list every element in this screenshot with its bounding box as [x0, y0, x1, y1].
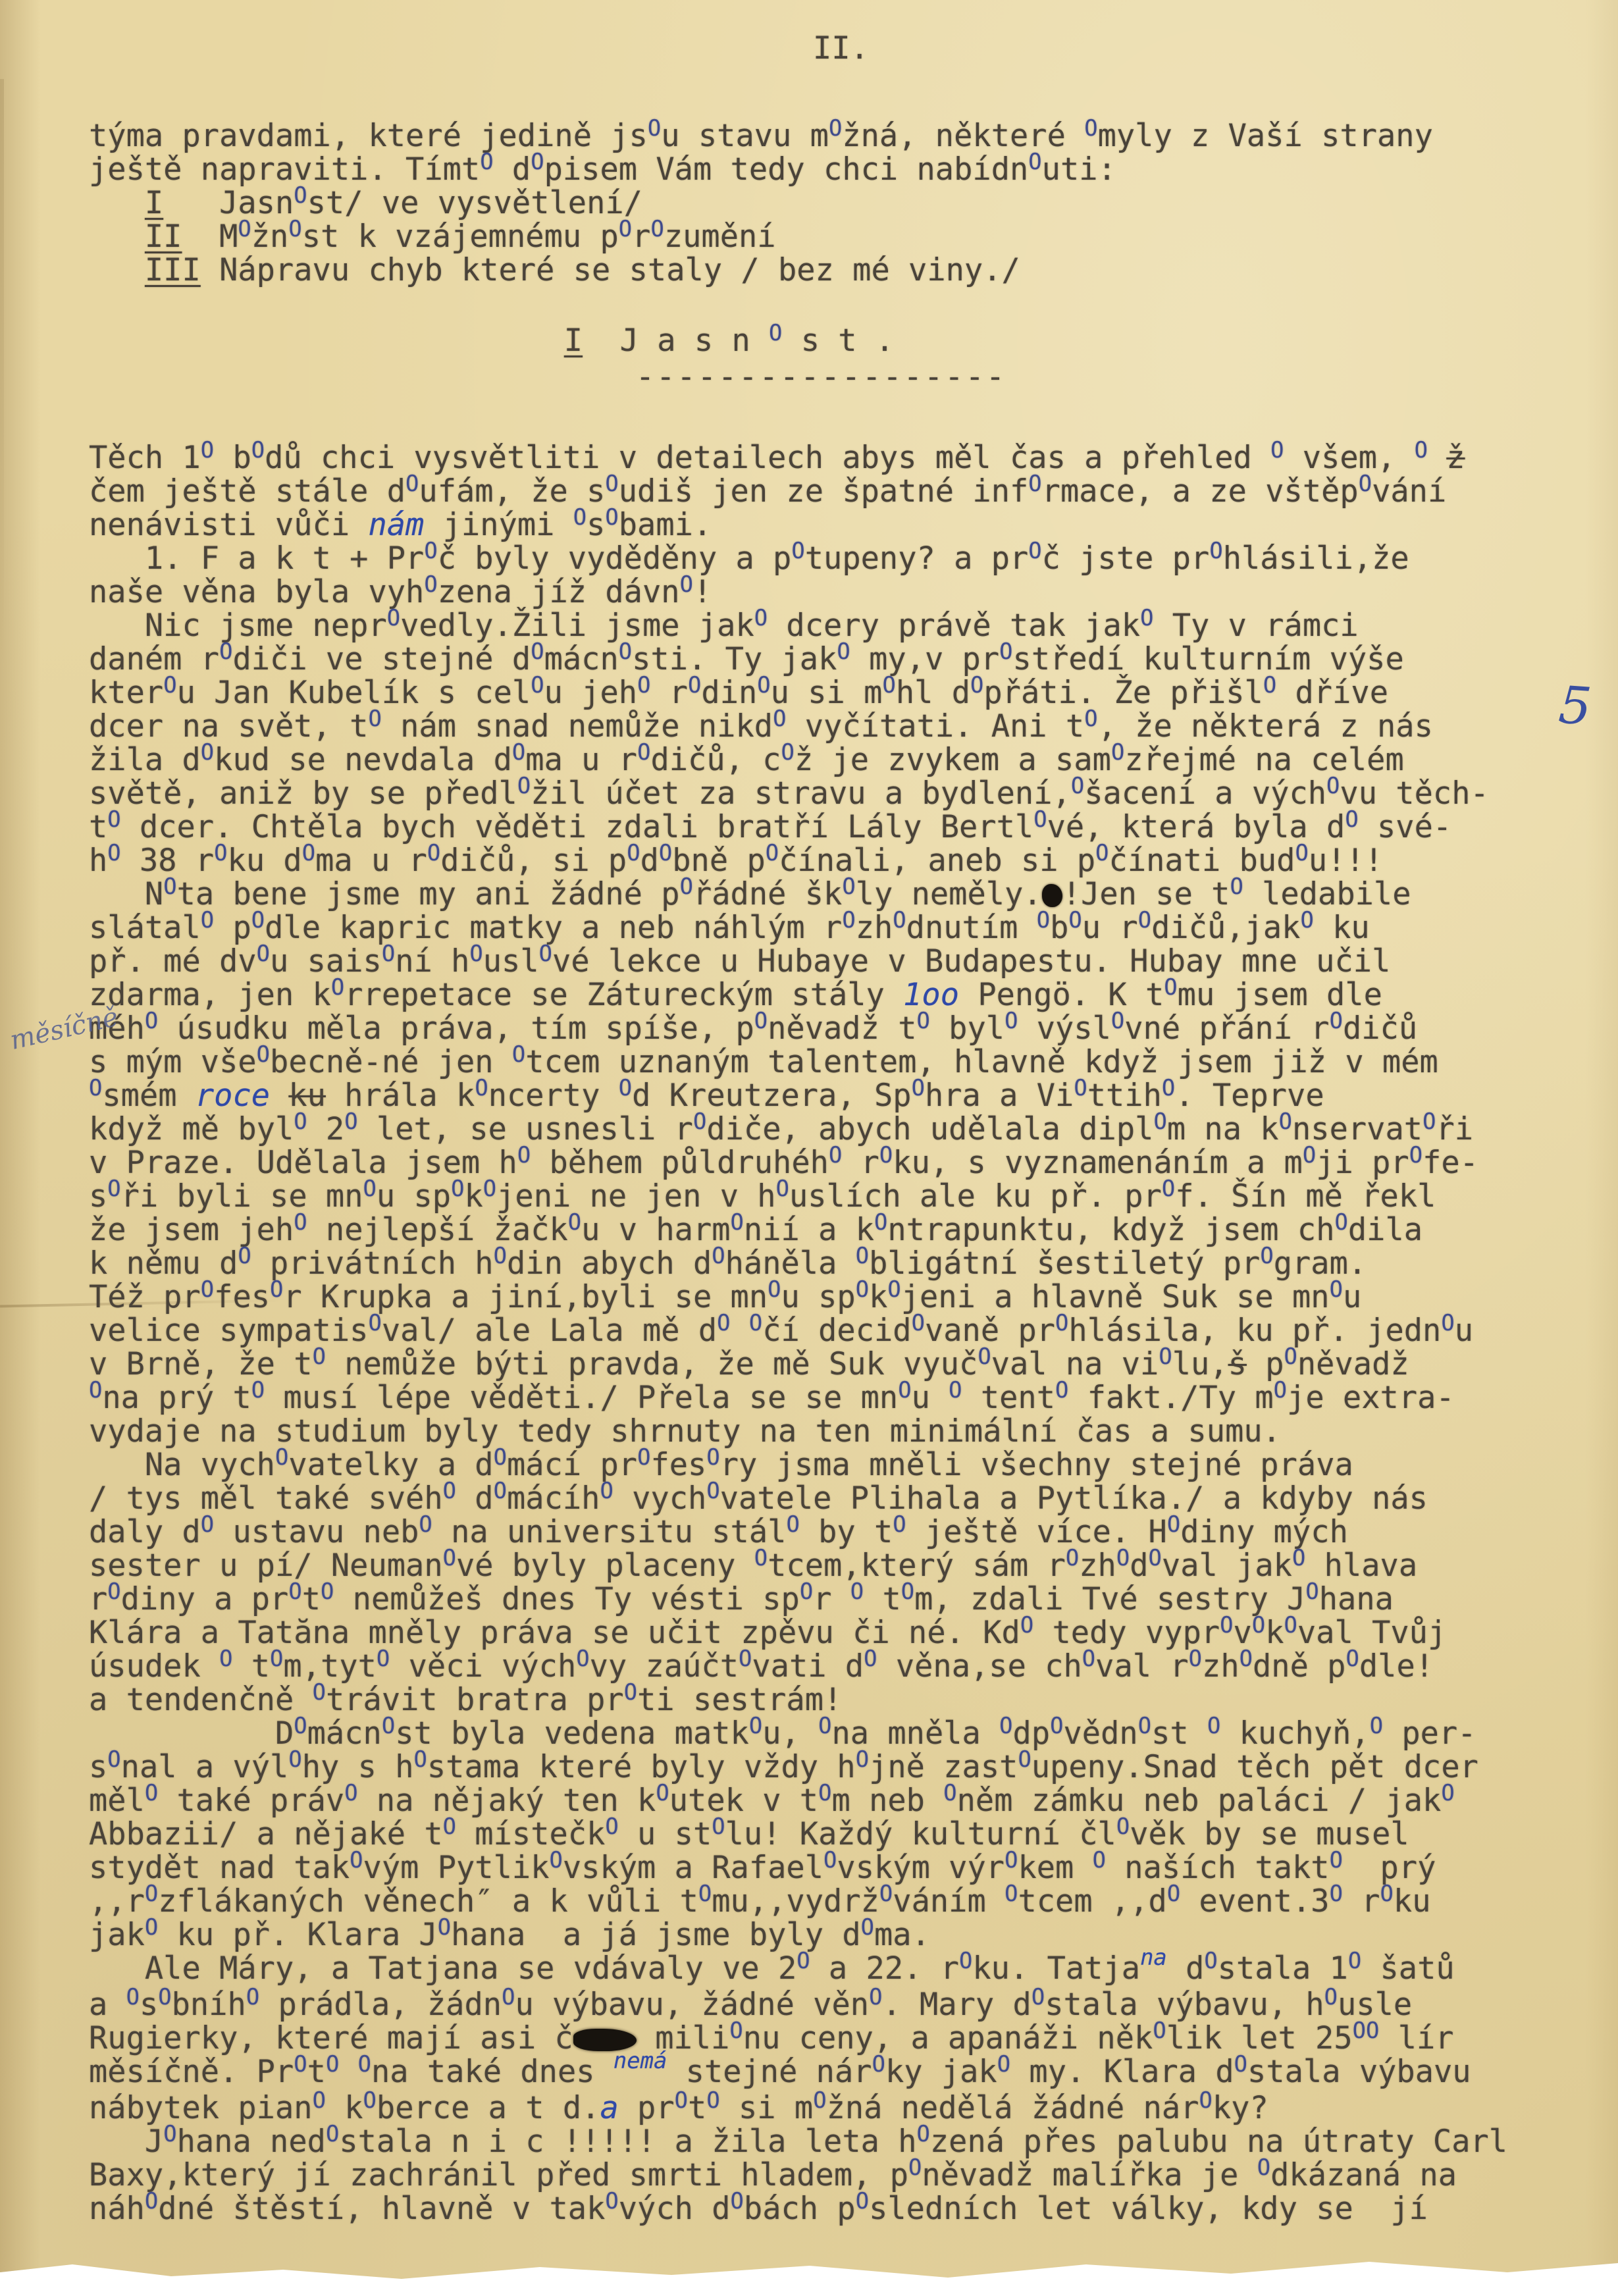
text-line: Osmém roce ku hrála kOncerty Od Kreutzer… — [89, 1079, 1593, 1112]
text-line: Ona prý tO musí lépe věděti./ Přela se s… — [89, 1381, 1593, 1415]
text-line: ,,rOzflákaných věnech″ a k vůli tOmu,,vy… — [89, 1885, 1593, 1918]
text-line: kterOu Jan Kubelík s celOu jehO rOdinOu … — [89, 676, 1593, 710]
text-line: Též prOfesOr Krupka a jiní,byli se mnOu … — [89, 1280, 1593, 1314]
text-line: velice sympatisOval/ ale Lala mě dO Očí … — [89, 1314, 1593, 1347]
handwritten-margin-note: 5 — [1557, 675, 1594, 737]
text-line: Baxy,který jí zachránil před smrti hlade… — [89, 2158, 1593, 2192]
text-line: sOnal a výlOhy s hOstama které byly vždy… — [89, 1750, 1593, 1784]
page-number: II. — [89, 32, 1593, 65]
text-line: že jsem jehO nejlepší žačkOu v harmOnií … — [89, 1213, 1593, 1247]
text-line: s mým všeObecně-né jen Otcem uznaným tal… — [89, 1045, 1593, 1079]
text-line: 1. F a k t + PrOč byly vyděděny a pOtupe… — [89, 542, 1593, 575]
text-line: slátalO pOdle kapric matky a neb náhlým … — [89, 911, 1593, 945]
text-line: světě, aniž by se předlOžil účet za stra… — [89, 777, 1593, 810]
text-line: NOta bene jsme my ani žádné pOřádné škOl… — [89, 877, 1593, 911]
text-line: vydaje na studium byly tedy shrnuty na t… — [89, 1415, 1593, 1448]
text-line: stydět nad takOvým PytlikOvským a Rafael… — [89, 1851, 1593, 1885]
text-line: dcer na svět, tO nám snad nemůže nikdO v… — [89, 710, 1593, 743]
text-line: čem ještě stále dOufám, že sOudiš jen ze… — [89, 475, 1593, 508]
text-line: a tendenčně Otrávit bratra prOti sestrám… — [89, 1683, 1593, 1717]
text-line: sOři byli se mnOu spOkOjeni ne jen v hOu… — [89, 1180, 1593, 1213]
section-heading: I J a s n O s t . ------------------ — [89, 324, 1593, 394]
text-line: Ale Máry, a Tatjana se vdávaly ve 2O a 2… — [89, 1952, 1593, 1988]
text-line: jakO ku př. Klara JOhana a já jsme byly … — [89, 1918, 1593, 1952]
text-line: úsudek O tOm,tytO věci výchOvy zaúčtOvat… — [89, 1650, 1593, 1683]
text-line: žila dOkud se nevdala dOma u rOdičů, cOž… — [89, 743, 1593, 777]
text-line: DOmácnOst byla vedena matkOu, Ona mněla … — [89, 1717, 1593, 1750]
text-line: I JasnOst/ ve vysvětlení/ — [89, 186, 1593, 220]
text-line: Nic jsme neprOvedly.Žili jsme jakO dcery… — [89, 609, 1593, 642]
text-line: sester u pí/ NeumanOvé byly placeny Otce… — [89, 1549, 1593, 1582]
text-line: když mě bylO 2O let, se usnesli rOdiče, … — [89, 1112, 1593, 1146]
text-line: daly dO ustavu nebO na universitu stálO … — [89, 1515, 1593, 1549]
text-line: náhOdné štěstí, hlavně v takOvých dObách… — [89, 2192, 1593, 2226]
text-line: / tys měl také svéhO dOmácíhO vychOvatel… — [89, 1482, 1593, 1515]
ink-blot — [1042, 884, 1062, 907]
text-line: tO dcer. Chtěla bych věděti zdali bratří… — [89, 810, 1593, 844]
text-line: k němu dO privátních hOdin abych dOháněl… — [89, 1247, 1593, 1280]
typewritten-letter-page: II. týma pravdami, které jedině jsOu sta… — [0, 0, 1618, 2296]
text-line: Rugierky, které mají asi č miliOnu ceny,… — [89, 2022, 1593, 2055]
text-line: př. mé dvOu saisOní hOuslOvé lekce u Hub… — [89, 945, 1593, 978]
text-line: Těch 1O bOdů chci vysvětliti v detailech… — [89, 441, 1593, 475]
text-line: III Nápravu chyb které se staly / bez mé… — [89, 253, 1593, 287]
text-line: v Brně, že tO nemůže býti pravda, že mě … — [89, 1347, 1593, 1381]
text-line: a OsObníhO prádla, žádnOu výbavu, žádné … — [89, 1988, 1593, 2022]
section-heading-title: I J a s n O s t . — [564, 324, 894, 357]
text-line: Abbazii/ a nějaké tO místečkO u stOlu! K… — [89, 1817, 1593, 1851]
text-line: ještě napraviti. TímtO dOpisem Vám tedy … — [89, 153, 1593, 186]
text-line: nenávisti vůči nám jinými OsObami. — [89, 508, 1593, 542]
text-line: méhO úsudku měla práva, tím spíše, pOněv… — [89, 1012, 1593, 1045]
text-line: týma pravdami, které jedině jsOu stavu m… — [89, 119, 1593, 153]
text-line: Na vychOvatelky a dOmácí prOfesOry jsma … — [89, 1448, 1593, 1482]
paper-edge-shading — [0, 79, 4, 671]
intro-paragraph: týma pravdami, které jedině jsOu stavu m… — [89, 119, 1593, 287]
text-line: zdarma, jen kOrrepetace se Zátureckým st… — [89, 978, 1593, 1012]
section-heading-underline: ------------------ — [69, 360, 1573, 394]
text-column: II. týma pravdami, které jedině jsOu sta… — [89, 32, 1593, 2226]
text-line: nábytek pianO kOberce a t d.a prOtO si m… — [89, 2091, 1593, 2125]
text-line: daném rOdiči ve stejné dOmácnOsti. Ty ja… — [89, 642, 1593, 676]
text-line: v Praze. Udělala jsem hO během půldruhéh… — [89, 1146, 1593, 1180]
text-line: mělO také právO na nějaký ten kOutek v t… — [89, 1784, 1593, 1817]
text-line: Klára a Tatăna mněly práva se učit zpěvu… — [89, 1616, 1593, 1650]
text-line: hO 38 rOku dOma u rOdičů, si pOdObně pOč… — [89, 844, 1593, 877]
text-line: naše věna byla vyhOzena jíž dávnO! — [89, 575, 1593, 609]
text-line: II MOžnOst k vzájemnému pOrOzumění — [89, 220, 1593, 253]
text-line: JOhana nedOstala n i c !!!!! a žila leta… — [89, 2125, 1593, 2158]
body-text: Těch 1O bOdů chci vysvětliti v detailech… — [89, 441, 1593, 2226]
text-line: měsíčně. PrOtO Ona také dnes nemá stejné… — [89, 2055, 1593, 2091]
text-line: rOdiny a prOtO nemůžeš dnes Ty vésti spO… — [89, 1582, 1593, 1616]
